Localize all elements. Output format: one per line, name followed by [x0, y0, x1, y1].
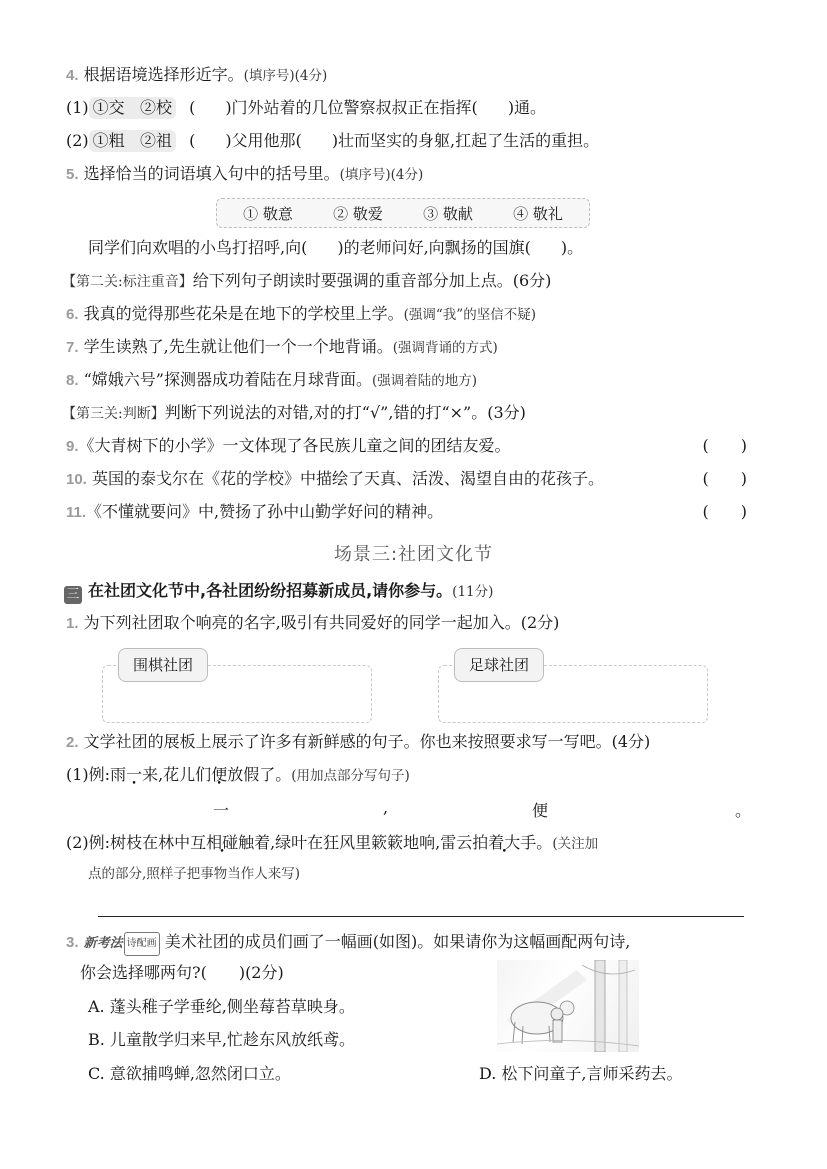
option-chip: ①粗 ②祖	[89, 130, 176, 152]
q4-row-2: (2)①粗 ②祖 ()父用他那()壮而坚实的身躯,扛起了生活的重担。	[66, 130, 599, 152]
word-options-box: ① 敬意 ② 敬爱 ③ 敬献 ④ 敬礼	[216, 198, 590, 228]
word-option: ③ 敬献	[423, 203, 473, 224]
section-number-icon: 三	[64, 586, 82, 604]
q6-number: 6.	[66, 306, 79, 323]
example-text: 放假了。	[227, 765, 291, 784]
section3-title: 在社团文化节中,各社团纷纷招募新成员,请你参与。	[88, 581, 452, 600]
part-hint: (用加点部分写句子)	[291, 768, 410, 784]
club-tag-go: 围棋社团	[118, 648, 208, 682]
example-text: 。	[536, 833, 552, 852]
q8-number: 8.	[66, 372, 79, 389]
answer-blank[interactable]: (	[189, 98, 225, 117]
q11-answer-box[interactable]: ( )	[703, 501, 748, 523]
s3q3: 3. 新考法诗配画 美术社团的成员们画了一幅画(如图)。如果请你为这幅画配两句诗…	[66, 931, 630, 956]
option-2: ②祖	[140, 131, 172, 150]
new-exam-tag: 新考法诗配画	[84, 932, 160, 956]
part-label: (1)例:	[66, 765, 110, 784]
q5-note: (填序号)(4分)	[340, 167, 424, 183]
option-d: D. 松下问童子,言师采药去。	[479, 1063, 683, 1085]
stage2-tag: 【第二关:标注重音】	[62, 274, 193, 290]
s3q3-number: 3.	[66, 934, 79, 951]
q9-answer-box[interactable]: ( )	[703, 435, 748, 457]
q10: 10. 英国的泰戈尔在《花的学校》中描绘了天真、活泼、渴望自由的花孩子。	[66, 468, 604, 491]
word-option: ① 敬意	[243, 203, 293, 224]
q11-text: 《不懂就要问》中,赞扬了孙中山勤学好问的精神。	[86, 502, 443, 521]
part-hint: (关注加	[552, 836, 598, 852]
stage3-instruction: 判断下列说法的对错,对的打“√”,错的打“×”。(3分)	[165, 403, 526, 422]
option-1: ①粗	[93, 131, 125, 150]
q4-row-1: (1)①交 ②校 ()门外站着的几位警察叔叔正在指挥()通。	[66, 97, 546, 119]
q11: 11.《不懂就要问》中,赞扬了孙中山勤学好问的精神。	[66, 501, 443, 524]
fill-punct: ,	[383, 798, 388, 817]
q10-answer-box[interactable]: ( )	[703, 468, 748, 490]
q6-text[interactable]: 我真的觉得那些花朵是在地下的学校里上学。	[84, 304, 404, 323]
q11-number: 11.	[66, 504, 86, 521]
sentence-part: )通。	[508, 98, 546, 117]
s3q1-text: 为下列社团取个响亮的名字,吸引有共同爱好的同学一起加入。(2分)	[84, 613, 560, 632]
option-c: C. 意欲捕鸣蝉,忽然闭口立。	[88, 1063, 291, 1085]
example-text: 树枝在林中	[110, 833, 190, 852]
s3q2-part1-example: (1)例:雨一来,花儿们便放假了。(用加点部分写句子)	[66, 764, 410, 787]
fill-word: 便	[532, 798, 548, 821]
section3-score: (11分)	[452, 584, 493, 600]
option-2: ②校	[140, 98, 172, 117]
q4-number: 4.	[66, 67, 79, 84]
q7-hint: (强调背诵的方式)	[393, 340, 498, 356]
tag-main: 新考法	[84, 935, 123, 950]
scene-title: 场景三:社团文化节	[0, 540, 827, 566]
stage3-header: 【第三关:判断】判断下列说法的对错,对的打“√”,错的打“×”。(3分)	[62, 402, 526, 425]
q5-title: 选择恰当的词语填入句中的括号里。	[84, 164, 340, 183]
s3q2-text: 文学社团的展板上展示了许多有新鲜感的句子。你也来按照要求写一写吧。(4分)	[84, 732, 651, 751]
q10-number: 10.	[66, 471, 87, 488]
fill-word: 一	[213, 798, 229, 821]
q6-hint: (强调“我”的坚信不疑)	[404, 307, 536, 323]
q10-text: 英国的泰戈尔在《花的学校》中描绘了天真、活泼、渴望自由的花孩子。	[92, 469, 604, 488]
sentence-part: 同学们向欢唱的小鸟打招呼,向(	[88, 238, 307, 257]
dotted-word: 便	[211, 765, 227, 784]
example-text: 雨	[110, 765, 126, 784]
s3q2-part2-example: (2)例:树枝在林中互相碰触着,绿叶在狂风里簌簌地响,雷云拍着大手。(关注加	[66, 832, 598, 855]
q9: 9.《大青树下的小学》一文体现了各民族儿童之间的团结友爱。	[66, 435, 511, 458]
q6: 6. 我真的觉得那些花朵是在地下的学校里上学。(强调“我”的坚信不疑)	[66, 303, 536, 326]
illustration-image	[497, 960, 639, 1052]
word-option: ④ 敬礼	[513, 203, 563, 224]
answer-line[interactable]	[98, 916, 744, 917]
row-label: (1)	[66, 98, 89, 117]
s3q2: 2. 文学社团的展板上展示了许多有新鲜感的句子。你也来按照要求写一写吧。(4分)	[66, 731, 650, 754]
sentence-part: )。	[561, 238, 583, 257]
club-tag-football: 足球社团	[454, 648, 544, 682]
stage2-header: 【第二关:标注重音】给下列句子朗读时要强调的重音部分加上点。(6分)	[62, 270, 551, 293]
q7: 7. 学生读熟了,先生就让他们一个一个地背诵。(强调背诵的方式)	[66, 336, 498, 359]
sentence-part: )门外站着的几位警察叔叔正在指挥(	[225, 98, 478, 117]
row-label: (2)	[66, 131, 89, 150]
answer-blank[interactable]: (	[189, 131, 225, 150]
part-hint: 点的部分,照样子把事物当作人来写)	[88, 866, 300, 882]
q8-text[interactable]: “嫦娥六号”探测器成功着陆在月球背面。	[84, 370, 372, 389]
option-1: ①交	[93, 98, 125, 117]
q8: 8. “嫦娥六号”探测器成功着陆在月球背面。(强调着陆的地方)	[66, 369, 477, 392]
fill-punct: 。	[735, 798, 751, 821]
dotted-word: 一	[126, 765, 142, 784]
illustration-child-cow-tree	[497, 960, 639, 1052]
section3-header: 三在社团文化节中,各社团纷纷招募新成员,请你参与。(11分)	[64, 580, 493, 604]
q7-number: 7.	[66, 339, 79, 356]
q5-number: 5.	[66, 166, 79, 183]
q9-text: 《大青树下的小学》一文体现了各民族儿童之间的团结友爱。	[79, 436, 511, 455]
q4-note: (填序号)(4分)	[244, 68, 328, 84]
dotted-word: 互相碰触	[190, 833, 254, 852]
q4-title: 根据语境选择形近字。	[84, 65, 244, 84]
q8-hint: (强调着陆的地方)	[372, 373, 477, 389]
sentence-part: )的老师问好,向飘扬的国旗(	[337, 238, 531, 257]
s3q3-text2: 你会选择哪两句?( )(2分)	[80, 963, 284, 982]
option-a: A. 蓬头稚子学垂纶,侧坐莓苔草映身。	[88, 996, 355, 1018]
example-text: 来,花儿们	[142, 765, 211, 784]
example-text: 着,绿叶在狂风里簌簌地响,雷云	[254, 833, 472, 852]
part-label: (2)例:	[66, 833, 110, 852]
option-chip: ①交 ②校	[89, 97, 176, 119]
stage3-tag: 【第三关:判断】	[62, 406, 165, 422]
s3q3-line2: 你会选择哪两句?( )(2分)	[80, 962, 284, 984]
option-b: B. 儿童散学归来早,忙趁东风放纸鸢。	[88, 1029, 355, 1051]
q5-sentence: 同学们向欢唱的小鸟打招呼,向()的老师问好,向飘扬的国旗()。	[88, 237, 583, 259]
s3q1: 1. 为下列社团取个响亮的名字,吸引有共同爱好的同学一起加入。(2分)	[66, 612, 559, 635]
stage2-instruction: 给下列句子朗读时要强调的重音部分加上点。(6分)	[193, 271, 552, 290]
s3q1-number: 1.	[66, 615, 79, 632]
sentence-part: )父用他那(	[225, 131, 302, 150]
q7-text[interactable]: 学生读熟了,先生就让他们一个一个地背诵。	[84, 337, 393, 356]
q5-header: 5. 选择恰当的词语填入句中的括号里。(填序号)(4分)	[66, 163, 423, 186]
s3q2-number: 2.	[66, 734, 79, 751]
s3q3-text: 美术社团的成员们画了一幅画(如图)。如果请你为这幅画配两句诗,	[165, 932, 631, 951]
q4-header: 4. 根据语境选择形近字。(填序号)(4分)	[66, 64, 327, 87]
s3q2-fill-line[interactable]: 一 , 便 。	[0, 798, 827, 820]
s3q2-part2-hint: 点的部分,照样子把事物当作人来写)	[88, 862, 300, 885]
dotted-word: 拍着大手	[472, 833, 536, 852]
word-option: ② 敬爱	[333, 203, 383, 224]
sentence-part: )壮而坚实的身躯,扛起了生活的重担。	[332, 131, 599, 150]
q9-number: 9.	[66, 438, 79, 455]
tag-box: 诗配画	[124, 932, 160, 956]
